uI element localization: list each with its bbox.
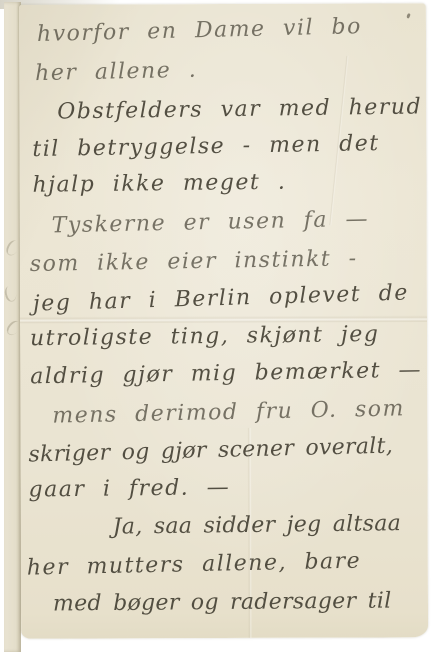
handwritten-line: til betryggelse - men det [32,133,380,161]
handwritten-line: her mutters allene, bare [27,551,362,580]
ink-speck [406,13,411,19]
handwritten-line: som ikke eier instinkt - [30,248,358,276]
handwritten-line: med bøger og radersager til [53,591,392,616]
handwritten-line: utroligste ting, skjønt jeg [30,324,380,350]
handwritten-line: hjalp ikke meget . [32,172,286,197]
ink-bleed-mark [3,285,18,303]
handwritten-line: Ja, saa sidder jeg altsaa [113,513,402,539]
ink-bleed-mark [4,238,21,257]
handwritten-line: aldrig gjør mig bemærket — [30,360,422,389]
handwritten-line: Obstfelders var med herud [57,96,422,123]
handwritten-line: skriger og gjør scener overalt, [28,436,393,467]
letter-paper: hvorfor en Dame vil bo her allene . Obst… [19,3,428,638]
handwritten-line: gaar i fred. — [28,477,230,501]
handwritten-line: jeg har i Berlin oplevet de [33,282,409,315]
handwritten-line: mens derimod fru O. som [52,398,405,427]
handwritten-line: her allene . [35,60,198,85]
handwritten-line: Tyskerne er usen fa — [51,209,369,238]
handwritten-line: hvorfor en Dame vil bo [37,16,362,46]
